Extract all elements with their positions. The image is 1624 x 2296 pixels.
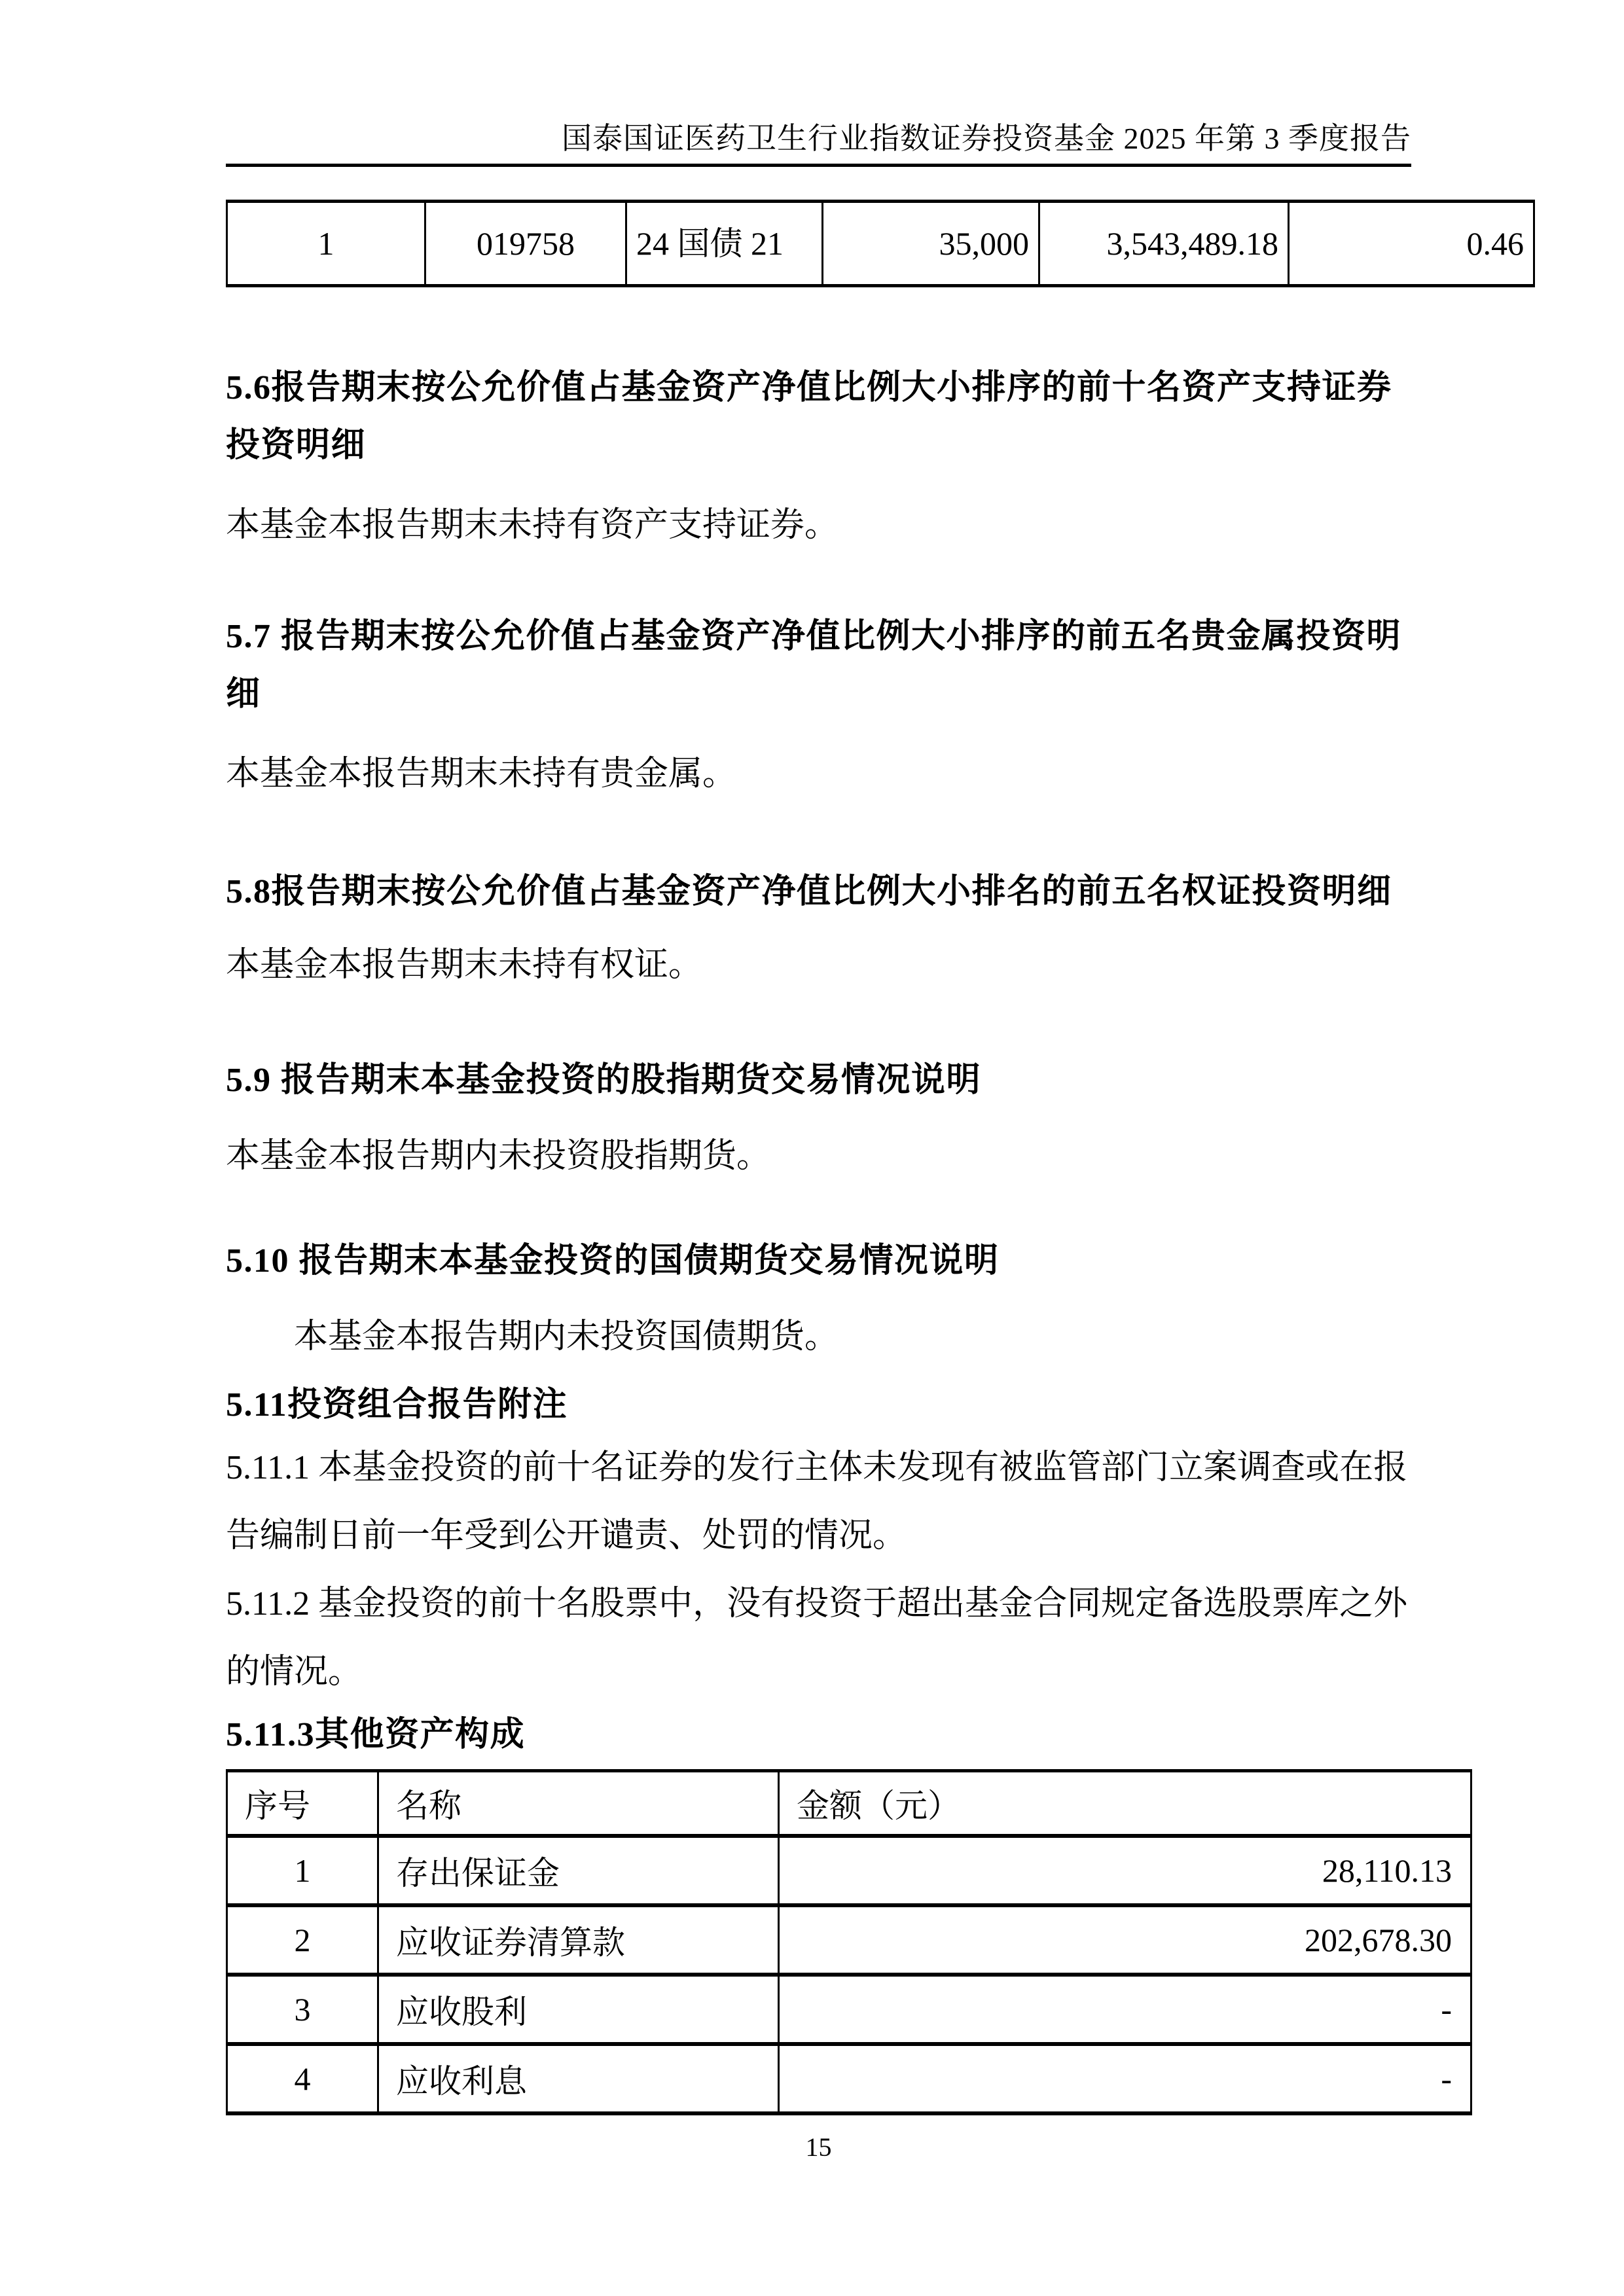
section-5-10-body: 本基金本报告期内未投资国债期货。: [226, 1303, 1411, 1371]
cell-amount: 202,678.30: [779, 1905, 1471, 1975]
cell-asset-name: 应收利息: [378, 2044, 779, 2113]
cell-serial-number: 2: [227, 1905, 378, 1975]
cell-bond-name: 24 国债 21: [626, 202, 823, 286]
cell-nav-ratio: 0.46: [1289, 202, 1534, 286]
note-5-11-1: 5.11.1 本基金投资的前十名证券的发行主体未发现有被监管部门立案调查或在报告…: [226, 1434, 1411, 1570]
table-header-row: 序号 名称 金额（元）: [227, 1771, 1471, 1837]
section-5-7-body: 本基金本报告期末未持有贵金属。: [226, 740, 1411, 808]
section-5-10-heading: 5.10 报告期末本基金投资的国债期货交易情况说明: [226, 1232, 1411, 1290]
section-5-11-3-heading: 5.11.3其他资产构成: [226, 1706, 1411, 1764]
other-assets-table: 序号 名称 金额（元） 1 存出保证金 28,110.13 2 应收证券清算款 …: [226, 1769, 1472, 2115]
bond-holdings-table: 1 019758 24 国债 21 35,000 3,543,489.18 0.…: [226, 200, 1535, 287]
cell-amount: 28,110.13: [779, 1836, 1471, 1905]
cell-asset-name: 应收股利: [378, 1975, 779, 2044]
cell-amount: -: [779, 1975, 1471, 2044]
section-5-8-heading: 5.8报告期末按公允价值占基金资产净值比例大小排名的前五名权证投资明细: [226, 863, 1411, 921]
page-number: 15: [226, 2132, 1411, 2162]
table-row: 1 019758 24 国债 21 35,000 3,543,489.18 0.…: [227, 202, 1534, 286]
header-rule: [226, 164, 1411, 167]
table-row: 1 存出保证金 28,110.13: [227, 1836, 1471, 1905]
cell-bond-code: 019758: [425, 202, 626, 286]
cell-serial-number: 1: [227, 202, 425, 286]
note-5-11-2: 5.11.2 基金投资的前十名股票中，没有投资于超出基金合同规定备选股票库之外的…: [226, 1570, 1411, 1706]
cell-serial-number: 3: [227, 1975, 378, 2044]
section-5-6-body: 本基金本报告期末未持有资产支持证券。: [226, 492, 1411, 560]
section-5-9-body: 本基金本报告期内未投资股指期货。: [226, 1122, 1411, 1191]
cell-amount: -: [779, 2044, 1471, 2113]
cell-asset-name: 存出保证金: [378, 1836, 779, 1905]
cell-serial-number: 4: [227, 2044, 378, 2113]
cell-serial-number: 1: [227, 1836, 378, 1905]
table-row: 2 应收证券清算款 202,678.30: [227, 1905, 1471, 1975]
section-5-6-heading: 5.6报告期末按公允价值占基金资产净值比例大小排序的前十名资产支持证券投资明细: [226, 359, 1411, 475]
page-header: 国泰国证医药卫生行业指数证券投资基金 2025 年第 3 季度报告: [226, 0, 1411, 167]
cell-fair-value: 3,543,489.18: [1039, 202, 1289, 286]
col-header-amount: 金额（元）: [779, 1771, 1471, 1837]
section-5-7-heading: 5.7 报告期末按公允价值占基金资产净值比例大小排序的前五名贵金属投资明细: [226, 608, 1411, 723]
table-row: 4 应收利息 -: [227, 2044, 1471, 2113]
col-header-serial: 序号: [227, 1771, 378, 1837]
table-row: 3 应收股利 -: [227, 1975, 1471, 2044]
cell-asset-name: 应收证券清算款: [378, 1905, 779, 1975]
report-page: 国泰国证医药卫生行业指数证券投资基金 2025 年第 3 季度报告 1 0197…: [0, 0, 1624, 2296]
col-header-name: 名称: [378, 1771, 779, 1837]
report-title: 国泰国证医药卫生行业指数证券投资基金 2025 年第 3 季度报告: [226, 122, 1411, 156]
section-5-9-heading: 5.9 报告期末本基金投资的股指期货交易情况说明: [226, 1052, 1411, 1109]
section-5-8-body: 本基金本报告期末未持有权证。: [226, 931, 1411, 999]
cell-quantity: 35,000: [823, 202, 1039, 286]
section-5-11-heading: 5.11投资组合报告附注: [226, 1376, 1411, 1434]
fair-value-text: 3,543,489.18: [1107, 223, 1279, 264]
page-content: 国泰国证医药卫生行业指数证券投资基金 2025 年第 3 季度报告 1 0197…: [226, 0, 1411, 2162]
